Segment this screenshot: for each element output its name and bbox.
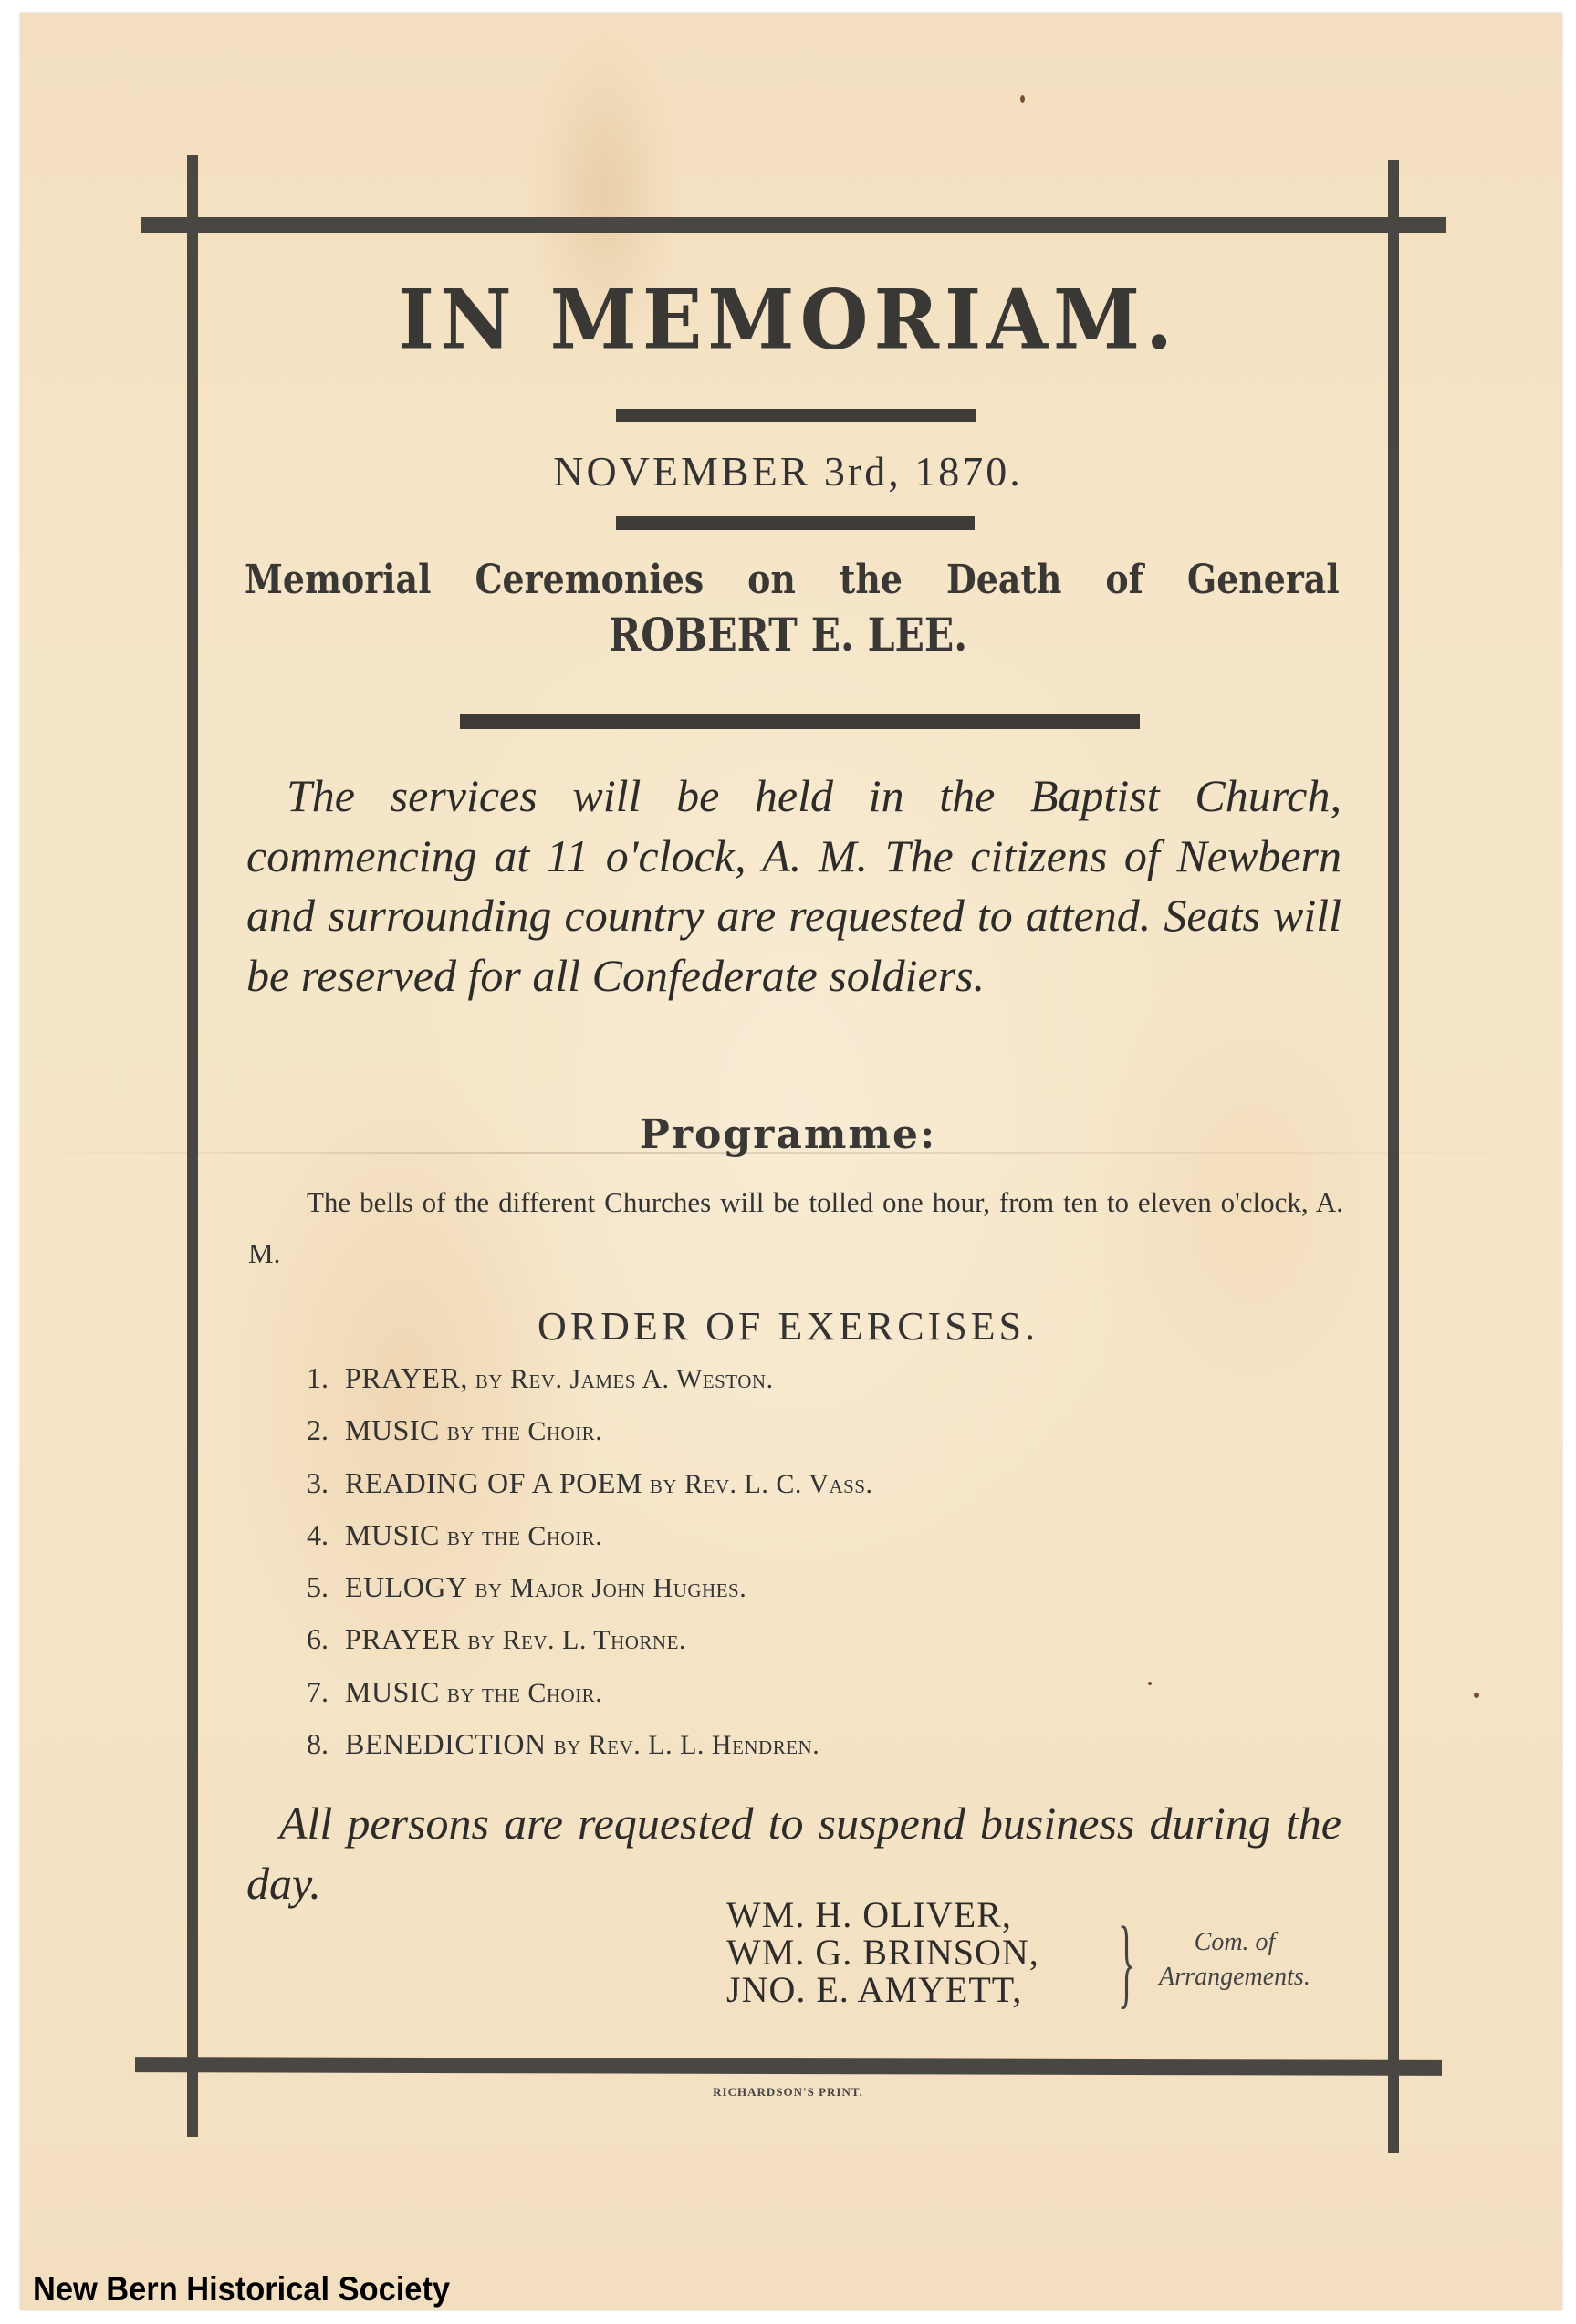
item-number: 7.	[307, 1675, 345, 1709]
watermark-label: New Bern Historical Society	[33, 2270, 450, 2308]
list-item: 1.PRAYER, by Rev. James A. Weston.	[307, 1361, 1310, 1413]
divider-rule	[616, 516, 975, 530]
ink-spot	[1474, 1693, 1479, 1698]
divider-rule	[616, 409, 976, 422]
list-item: 5.EULOGY by Major John Hughes.	[307, 1570, 1310, 1622]
committee-line-2: Arrangements.	[1139, 1960, 1331, 1995]
list-item: 2.MUSIC by the Choir.	[307, 1413, 1310, 1465]
document-title: IN MEMORIAM.	[0, 271, 1576, 368]
exercises-list: 1.PRAYER, by Rev. James A. Weston. 2.MUS…	[307, 1361, 1310, 1779]
item-number: 8.	[307, 1727, 345, 1761]
intro-paragraph: The services will be held in the Baptist…	[246, 766, 1341, 1006]
item-number: 2.	[307, 1413, 345, 1447]
item-number: 5.	[307, 1570, 345, 1604]
signer-name: WM. G. BRINSON,	[726, 1933, 1039, 1971]
item-activity: MUSIC	[345, 1675, 440, 1708]
item-activity: BENEDICTION	[345, 1727, 547, 1760]
heading-line-2: ROBERT E. LEE.	[119, 608, 1458, 662]
item-activity: EULOGY	[345, 1570, 468, 1603]
item-performer: by Rev. L. Thorne.	[467, 1625, 686, 1655]
ink-spot	[1020, 95, 1025, 103]
committee-label: Com. of Arrangements.	[1139, 1925, 1331, 1995]
list-item: 3.READING OF A POEM by Rev. L. C. Vass.	[307, 1466, 1310, 1518]
list-item: 8.BENEDICTION by Rev. L. L. Hendren.	[307, 1727, 1310, 1779]
printer-credit: RICHARDSON'S PRINT.	[0, 2085, 1576, 2100]
item-activity: MUSIC	[345, 1413, 440, 1446]
item-performer: by Rev. L. L. Hendren.	[554, 1730, 820, 1760]
border-rule-top	[141, 217, 1446, 233]
programme-heading: Programme:	[0, 1111, 1576, 1158]
heading-line-1: Memorial Ceremonies on the Death of Gene…	[245, 557, 1340, 603]
signers-block: WM. H. OLIVER, WM. G. BRINSON, JNO. E. A…	[726, 1896, 1039, 2008]
committee-line-1: Com. of	[1139, 1925, 1331, 1960]
divider-rule	[460, 714, 1140, 729]
order-of-exercises-heading: ORDER OF EXERCISES.	[0, 1303, 1576, 1350]
item-performer: by Rev. L. C. Vass.	[650, 1469, 873, 1499]
item-performer: by the Choir.	[447, 1521, 602, 1551]
signer-name: WM. H. OLIVER,	[726, 1896, 1039, 1933]
item-performer: by the Choir.	[447, 1416, 602, 1446]
item-activity: READING OF A POEM	[345, 1466, 642, 1499]
item-activity: PRAYER	[345, 1622, 460, 1655]
item-number: 4.	[307, 1518, 345, 1552]
item-number: 6.	[307, 1622, 345, 1656]
list-item: 6.PRAYER by Rev. L. Thorne.	[307, 1622, 1310, 1674]
item-number: 3.	[307, 1466, 345, 1500]
item-performer: by the Choir.	[447, 1678, 602, 1708]
item-activity: PRAYER,	[345, 1361, 468, 1394]
brace-icon: }	[1118, 1912, 1134, 2012]
document-date: NOVEMBER 3rd, 1870.	[0, 447, 1576, 495]
item-number: 1.	[307, 1361, 345, 1395]
list-item: 7.MUSIC by the Choir.	[307, 1675, 1310, 1727]
signer-name: JNO. E. AMYETT,	[726, 1971, 1039, 2008]
item-activity: MUSIC	[345, 1518, 440, 1551]
bells-paragraph: The bells of the different Churches will…	[248, 1177, 1343, 1279]
item-performer: by Major John Hughes.	[475, 1573, 747, 1603]
list-item: 4.MUSIC by the Choir.	[307, 1518, 1310, 1570]
item-performer: by Rev. James A. Weston.	[475, 1364, 774, 1394]
